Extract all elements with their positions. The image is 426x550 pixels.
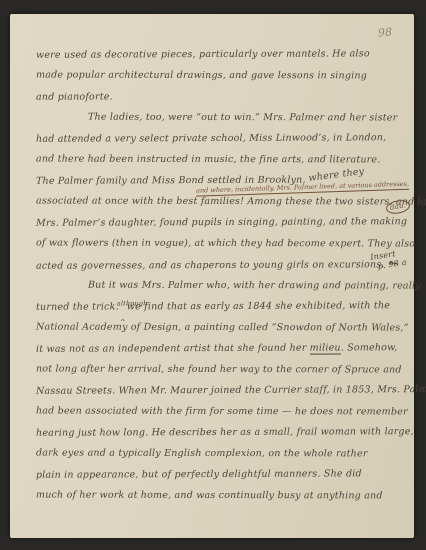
manuscript-line: made popular architectural drawings, and… [36, 65, 402, 87]
manuscript-line: National Academy of Design, a painting c… [36, 317, 402, 339]
caret-inserted-word: although [117, 293, 148, 314]
photo-background: 98 were used as decorative pieces, parti… [0, 0, 426, 550]
manuscript-line: But it was Mrs. Palmer who, with her dra… [36, 275, 402, 297]
manuscript-line: hearing just how long. He describes her … [36, 421, 402, 444]
manuscript-line: turned the trick.although^we find that a… [36, 295, 402, 318]
line-text: . Somehow, [341, 342, 398, 353]
manuscript-line: it was not as an independent artist that… [36, 337, 402, 360]
manuscript-line: much of her work at home, and was contin… [36, 485, 402, 507]
manuscript-line: had attended a very select private schoo… [36, 127, 402, 150]
manuscript-line: not long after her arrival, she found he… [36, 359, 402, 381]
manuscript-line: plain in appearance, but of perfectly de… [36, 463, 402, 486]
manuscript-line: of wax flowers (then in vogue), at which… [36, 233, 402, 255]
line-text: turned the trick. [36, 301, 119, 312]
line-text: we find that as early as 1844 she exhibi… [127, 300, 390, 312]
manuscript-line: acted as governesses, and as chaperons t… [36, 253, 402, 276]
manuscript-text: were used as decorative pieces, particul… [10, 14, 414, 506]
manuscript-line: Mrs. Palmer’s daughter, found pupils in … [36, 211, 402, 234]
line-text: acted as governesses, and as chaperons t… [36, 259, 385, 272]
manuscript-line: dark eyes and a typically English comple… [36, 443, 402, 465]
manuscript-line: and pianoforte. [36, 85, 402, 108]
manuscript-line: The ladies, too, were “out to win.” Mrs.… [36, 107, 402, 129]
manuscript-line: and where, incidentally, Mrs. Palmer liv… [36, 191, 402, 213]
underlined-word: milieu [310, 342, 341, 354]
manuscript-line: had been associated with the firm for so… [36, 401, 402, 423]
margin-insert-note: Insert p. 98 a [370, 248, 408, 273]
manuscript-page: 98 were used as decorative pieces, parti… [10, 14, 414, 538]
line-text: it was not as an independent artist that… [36, 343, 310, 355]
line-text: associated at once with the best familie… [36, 196, 426, 208]
manuscript-line: Nassau Streets. When Mr. Maurer joined t… [36, 379, 402, 402]
manuscript-line: were used as decorative pieces, particul… [36, 43, 402, 66]
